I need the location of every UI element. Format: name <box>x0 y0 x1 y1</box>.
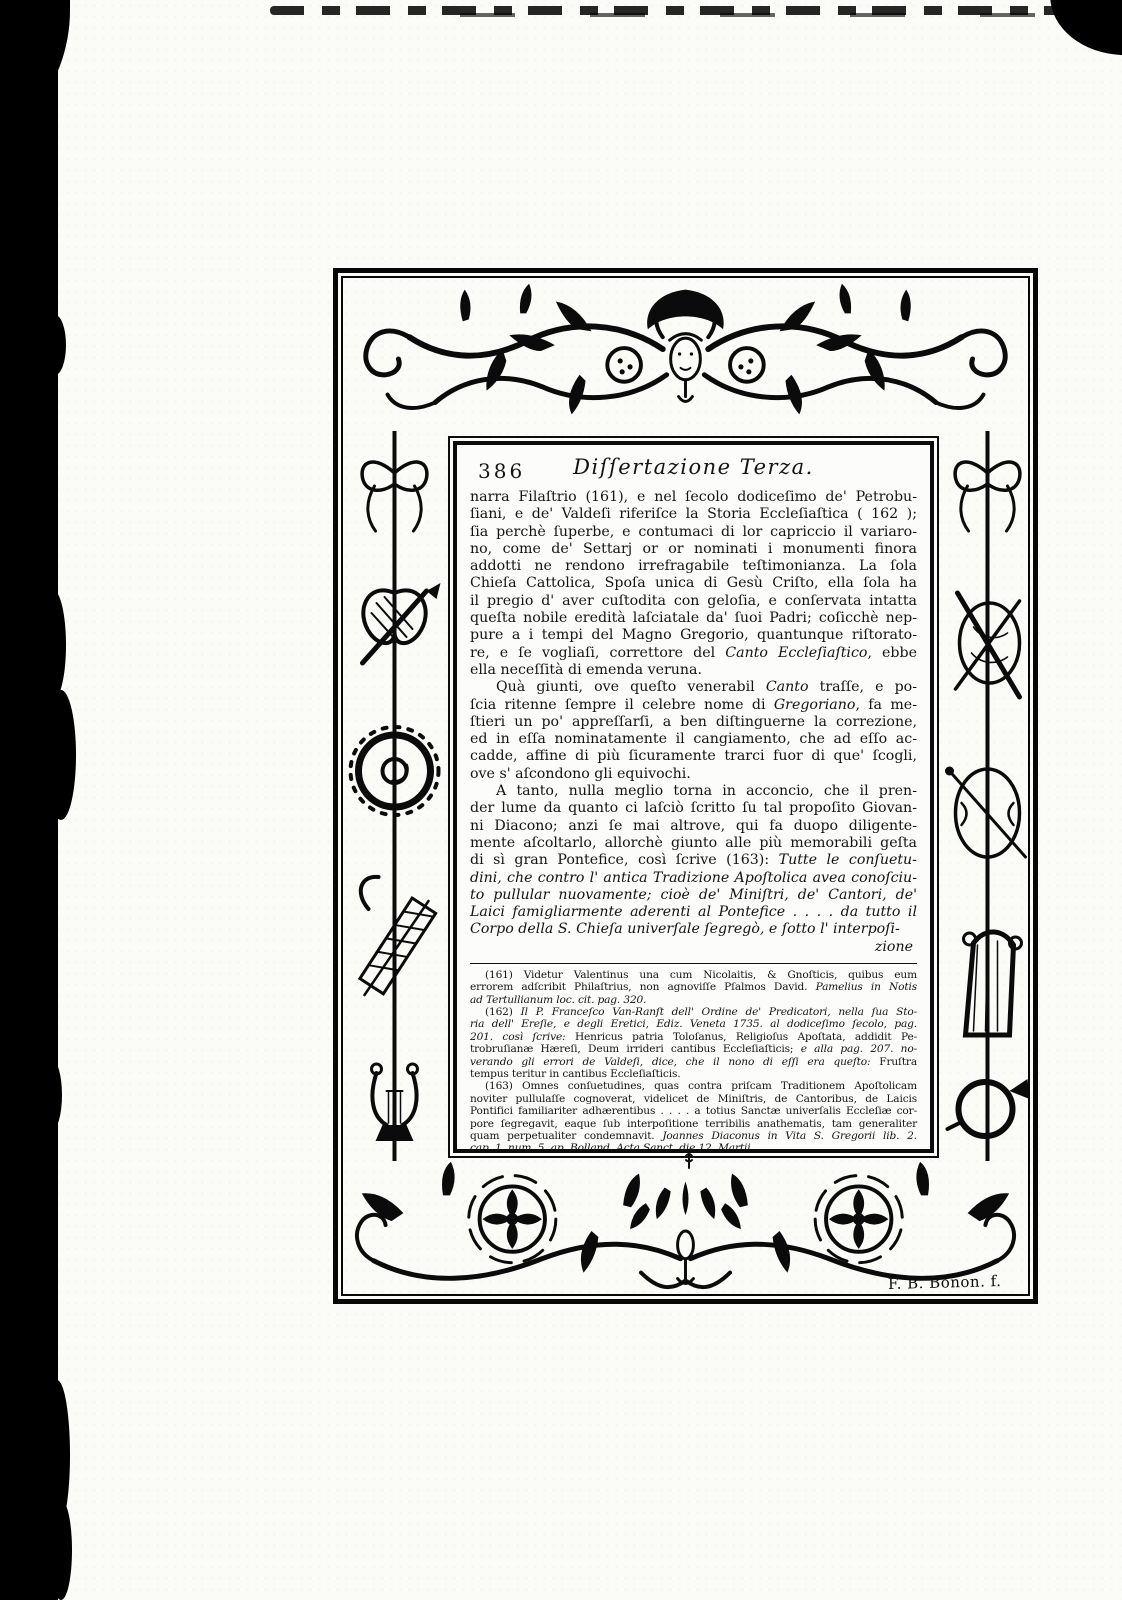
text-line: ed in eſſa nominatamente il cangiamento,… <box>470 731 917 748</box>
text-line: narra Filaſtrio (161), e nel ſecolo dodi… <box>470 489 917 506</box>
text-line: A tanto, nulla meglio torna in acconcio,… <box>470 783 917 800</box>
scanned-book-page: 386 Diſſertazione Terza. narra Filaſtrio… <box>0 0 1122 1600</box>
footnote: (163) Omnes conſuetudines, quas contra p… <box>470 1080 917 1154</box>
text-line: re, e ſe vogliaſi, correttore del Canto … <box>470 645 917 662</box>
body-text: narra Filaſtrio (161), e nel ſecolo dodi… <box>470 489 917 956</box>
text-line: ria dell' Ereſie, e degli Eretici, Ediz.… <box>470 1018 917 1030</box>
text-line: to pullular nuovamente; cioè de' Miniſtr… <box>470 887 917 904</box>
text-line: addotti ne rendono irrefragabile teſtimo… <box>470 558 917 575</box>
text-line: (161) Videtur Valentinus una cum Nicolai… <box>470 969 917 981</box>
text-line: pure a i tempi del Magno Gregorio, quant… <box>470 627 917 644</box>
text-line: noviter pullulaſſe cognoverat, videlicet… <box>470 1093 917 1105</box>
left-music-trophy-engraving-icon <box>346 431 442 1161</box>
footnote: (161) Videtur Valentinus una cum Nicolai… <box>470 969 917 1006</box>
text-line: cadde, affine di più ſicuramente trarci … <box>470 748 917 765</box>
text-line: quam perpetualiter condemnavit. Joannes … <box>470 1130 917 1142</box>
text-line: ni Diacono; anzi ſe mai altrove, qui fa … <box>470 818 917 835</box>
text-box: 386 Diſſertazione Terza. narra Filaſtrio… <box>448 436 939 1158</box>
text-line: Corpo della S. Chieſa univerſale ſegregò… <box>470 921 917 938</box>
footnotes: (161) Videtur Valentinus una cum Nicolai… <box>470 969 917 1155</box>
text-line: mente aſcoltarlo, allorchè giunto alle p… <box>470 835 917 852</box>
text-line: ella neceſſità di emenda veruna. <box>470 662 917 679</box>
fleuron-icon <box>682 1152 696 1174</box>
text-line: 201. così ſcrive: Henricus patria Toloſa… <box>470 1031 917 1043</box>
text-line: ſtieri un po' appreſſarſi, a ben diſting… <box>470 714 917 731</box>
footnote-rule <box>470 963 917 964</box>
text-line: Chieſa Cattolica, Spoſa unica di Gesù Cr… <box>470 575 917 592</box>
torn-edge-artifact <box>42 1060 62 1130</box>
paragraph: narra Filaſtrio (161), e nel ſecolo dodi… <box>470 489 917 679</box>
text-line: (162) Il P. Franceſco Van-Ranſt dell' Or… <box>470 1006 917 1018</box>
text-line: Quà giunti, ove queſto venerabil Canto t… <box>470 679 917 696</box>
scan-top-edge-line <box>420 13 1080 17</box>
text-line: ad Tertullianum loc. cit. pag. 320. <box>470 994 917 1006</box>
text-line: ſiani, e de' Valdeſi riferiſce la Storia… <box>470 506 917 523</box>
torn-edge-artifact <box>46 690 76 820</box>
footnote: (162) Il P. Franceſco Van-Ranſt dell' Or… <box>470 1006 917 1080</box>
text-line: queſta nobile eredità laſciatale da' ſuo… <box>470 610 917 627</box>
text-line: ove s' aſcondono gli equivochi. <box>470 766 917 783</box>
page-header: 386 Diſſertazione Terza. <box>470 453 917 489</box>
running-title: Diſſertazione Terza. <box>470 455 917 479</box>
paragraph: Quà giunti, ove queſto venerabil Canto t… <box>470 679 917 783</box>
top-floral-mask-engraving-icon <box>344 278 1027 430</box>
text-line: dini, che contro l' antica Tradizione Ap… <box>470 870 917 887</box>
text-line: (163) Omnes conſuetudines, quas contra p… <box>470 1080 917 1092</box>
torn-edge-artifact <box>50 1500 72 1600</box>
paragraph: A tanto, nulla meglio torna in acconcio,… <box>470 783 917 939</box>
text-line: no, come de' Settarj or or nominati i mo… <box>470 541 917 558</box>
torn-edge-artifact <box>44 315 66 375</box>
text-line: tempus teritur in cantibus Eccleſiaſtici… <box>470 1068 917 1080</box>
engraved-border-frame: 386 Diſſertazione Terza. narra Filaſtrio… <box>333 268 1038 1304</box>
torn-edge-artifact <box>40 590 66 700</box>
text-line: ſcia ritenne ſempre il celebre nome di G… <box>470 697 917 714</box>
right-music-trophy-engraving-icon <box>939 431 1035 1161</box>
scan-top-right-blot <box>1045 0 1122 57</box>
text-line: ſia perchè ſuperbe, e contumaci di lor c… <box>470 524 917 541</box>
text-line: Pontifici familiariter adhærentibus . . … <box>470 1105 917 1117</box>
text-line: der lume da quanto ci laſciò ſcritto ſu … <box>470 800 917 817</box>
text-line: trobruſianæ Hæreſi, Deum irrideri cantib… <box>470 1043 917 1055</box>
catchword: zione <box>470 939 917 956</box>
text-line: errorem adſcribit Philaſtrius, non agnov… <box>470 981 917 993</box>
text-line: Laici famigliarmente aderenti al Pontefi… <box>470 904 917 921</box>
text-line: verando gli errori de Valdeſi, dice, che… <box>470 1056 917 1068</box>
text-line: il pregio d' aver cuſtodita con geloſia,… <box>470 593 917 610</box>
text-line: pore ſegregavit, eaque ſub interpoſition… <box>470 1118 917 1130</box>
text-line: di sì gran Pontefice, così ſcrive (163):… <box>470 852 917 869</box>
